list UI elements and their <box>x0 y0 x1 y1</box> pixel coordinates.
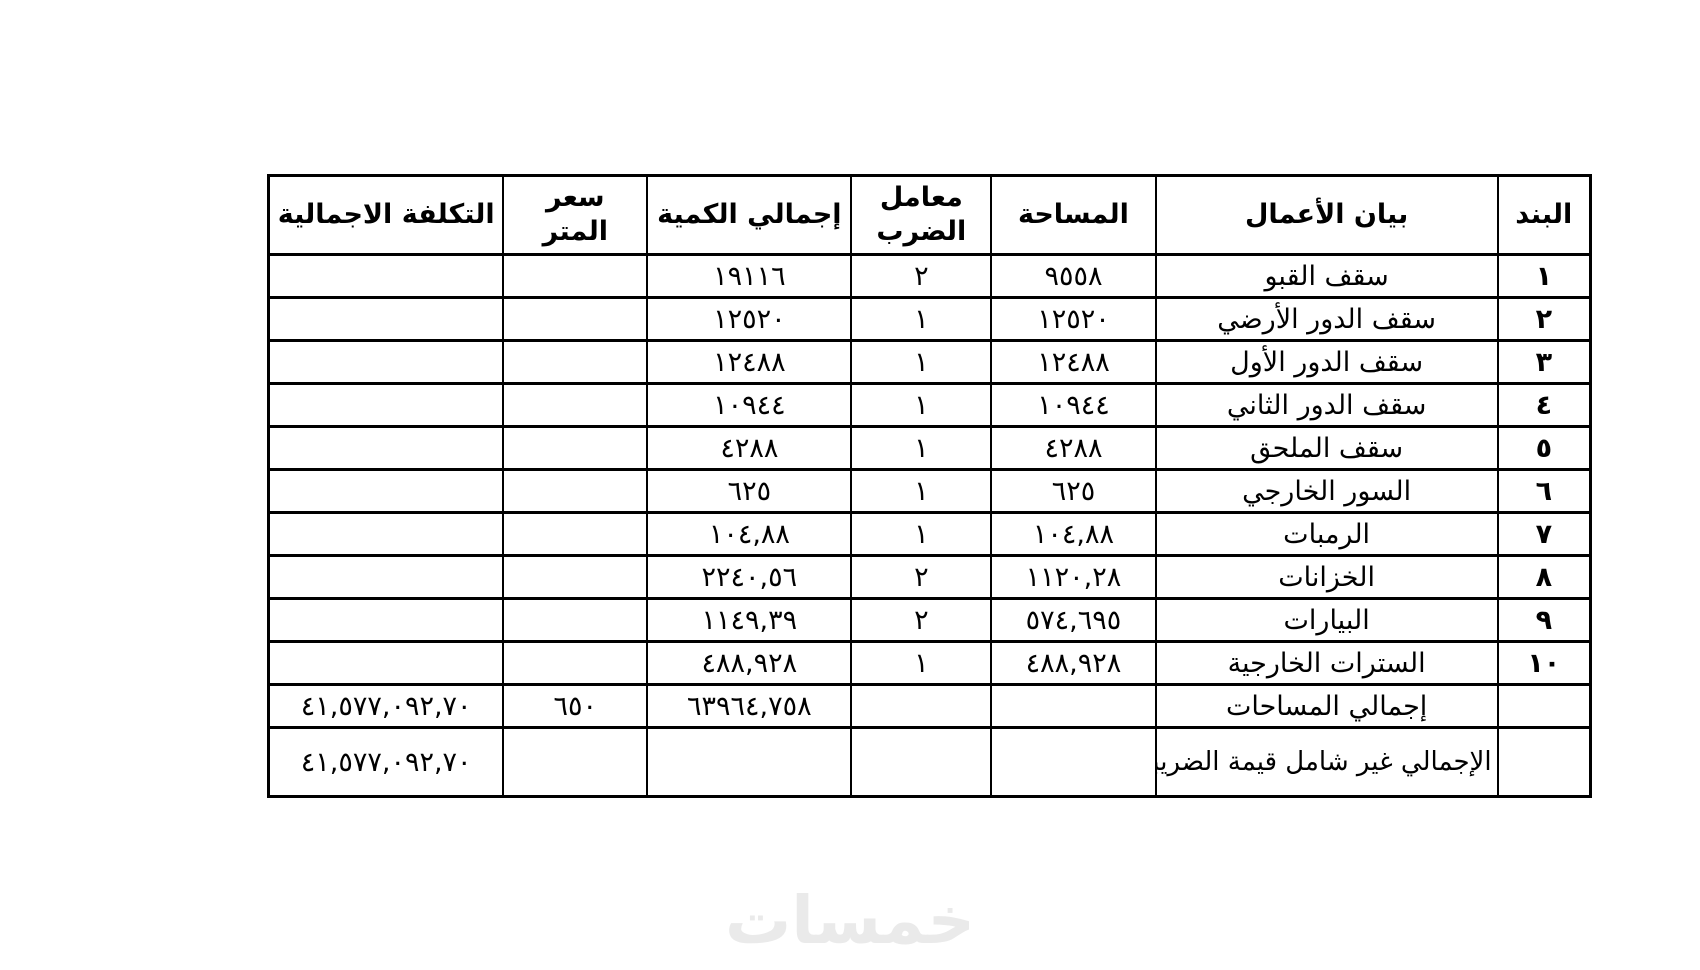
column-header-factor: معامل الضرب <box>851 176 991 255</box>
cell-total_qty: ١١٤٩,٣٩ <box>647 599 851 642</box>
cell-unit_price <box>503 427 647 470</box>
cell-item_no: ١ <box>1498 255 1591 298</box>
cell-description: سقف الدور الأرضي <box>1156 298 1498 341</box>
cell-total_qty <box>647 728 851 797</box>
cell-total_qty: ١٢٥٢٠ <box>647 298 851 341</box>
cell-area: ٥٧٤,٦٩٥ <box>991 599 1155 642</box>
cell-total_qty: ١٢٤٨٨ <box>647 341 851 384</box>
cell-area: ١١٢٠,٢٨ <box>991 556 1155 599</box>
cell-item_no <box>1498 728 1591 797</box>
cell-factor: ١ <box>851 513 991 556</box>
cell-total_qty: ١٠٤,٨٨ <box>647 513 851 556</box>
cell-total_cost <box>269 470 504 513</box>
column-header-description: بيان الأعمال <box>1156 176 1498 255</box>
cell-area <box>991 685 1155 728</box>
column-header-unit_price: سعر المتر <box>503 176 647 255</box>
cell-factor: ١ <box>851 642 991 685</box>
cell-area: ٤٨٨,٩٢٨ <box>991 642 1155 685</box>
cell-unit_price <box>503 556 647 599</box>
cell-description: السترات الخارجية <box>1156 642 1498 685</box>
table-row: ١سقف القبو٩٥٥٨٢١٩١١٦ <box>269 255 1591 298</box>
cell-item_no: ٥ <box>1498 427 1591 470</box>
table-row: ٢سقف الدور الأرضي١٢٥٢٠١١٢٥٢٠ <box>269 298 1591 341</box>
cell-description: البيارات <box>1156 599 1498 642</box>
cell-area: ٩٥٥٨ <box>991 255 1155 298</box>
cell-area <box>991 728 1155 797</box>
cell-total_qty: ٦٢٥ <box>647 470 851 513</box>
totals-row: إجمالي المساحات٦٣٩٦٤,٧٥٨٦٥٠٤١,٥٧٧,٠٩٢,٧٠ <box>269 685 1591 728</box>
cell-total_cost <box>269 599 504 642</box>
cell-description: سقف الدور الثاني <box>1156 384 1498 427</box>
table-row: ٧الرمبات١٠٤,٨٨١١٠٤,٨٨ <box>269 513 1591 556</box>
grand-total-row: الإجمالي غير شامل قيمة الضريبة٤١,٥٧٧,٠٩٢… <box>269 728 1591 797</box>
cell-description: سقف القبو <box>1156 255 1498 298</box>
cell-area: ١٠٤,٨٨ <box>991 513 1155 556</box>
cell-total_cost: ٤١,٥٧٧,٠٩٢,٧٠ <box>269 728 504 797</box>
cell-description: إجمالي المساحات <box>1156 685 1498 728</box>
cell-description: سقف الدور الأول <box>1156 341 1498 384</box>
cell-unit_price <box>503 255 647 298</box>
cell-total_cost <box>269 384 504 427</box>
cell-factor: ١ <box>851 384 991 427</box>
cell-total_cost <box>269 298 504 341</box>
cell-area: ٦٢٥ <box>991 470 1155 513</box>
cell-item_no: ٦ <box>1498 470 1591 513</box>
cell-total_qty: ٦٣٩٦٤,٧٥٨ <box>647 685 851 728</box>
cell-factor: ١ <box>851 298 991 341</box>
cell-total_qty: ١٩١١٦ <box>647 255 851 298</box>
cell-factor <box>851 728 991 797</box>
cell-factor: ١ <box>851 470 991 513</box>
cell-total_qty: ١٠٩٤٤ <box>647 384 851 427</box>
page: البندبيان الأعمالالمساحةمعامل الضربإجمال… <box>0 0 1700 970</box>
cell-total_cost <box>269 556 504 599</box>
cell-factor: ٢ <box>851 556 991 599</box>
cell-area: ١٠٩٤٤ <box>991 384 1155 427</box>
cost-table: البندبيان الأعمالالمساحةمعامل الضربإجمال… <box>267 174 1592 798</box>
cell-total_cost <box>269 341 504 384</box>
table-row: ٤سقف الدور الثاني١٠٩٤٤١١٠٩٤٤ <box>269 384 1591 427</box>
cell-item_no: ٤ <box>1498 384 1591 427</box>
cell-description: الإجمالي غير شامل قيمة الضريبة <box>1156 728 1498 797</box>
table-row: ١٠السترات الخارجية٤٨٨,٩٢٨١٤٨٨,٩٢٨ <box>269 642 1591 685</box>
cell-total_cost: ٤١,٥٧٧,٠٩٢,٧٠ <box>269 685 504 728</box>
table-row: ٥سقف الملحق٤٢٨٨١٤٢٨٨ <box>269 427 1591 470</box>
cell-factor: ٢ <box>851 255 991 298</box>
cell-area: ١٢٥٢٠ <box>991 298 1155 341</box>
cell-total_qty: ٤٨٨,٩٢٨ <box>647 642 851 685</box>
cell-item_no <box>1498 685 1591 728</box>
cell-unit_price <box>503 599 647 642</box>
header-row: البندبيان الأعمالالمساحةمعامل الضربإجمال… <box>269 176 1591 255</box>
cell-factor <box>851 685 991 728</box>
cell-description: الرمبات <box>1156 513 1498 556</box>
cell-unit_price <box>503 298 647 341</box>
cell-description: السور الخارجي <box>1156 470 1498 513</box>
table-row: ٨الخزانات١١٢٠,٢٨٢٢٢٤٠,٥٦ <box>269 556 1591 599</box>
table-row: ٩البيارات٥٧٤,٦٩٥٢١١٤٩,٣٩ <box>269 599 1591 642</box>
cell-unit_price <box>503 341 647 384</box>
cell-unit_price <box>503 642 647 685</box>
khamsat-watermark: خمسات <box>690 882 1010 959</box>
cell-factor: ١ <box>851 427 991 470</box>
cell-item_no: ١٠ <box>1498 642 1591 685</box>
cell-description: سقف الملحق <box>1156 427 1498 470</box>
cell-total_cost <box>269 255 504 298</box>
cell-factor: ١ <box>851 341 991 384</box>
cell-unit_price <box>503 513 647 556</box>
column-header-total_cost: التكلفة الاجمالية <box>269 176 504 255</box>
cell-unit_price <box>503 470 647 513</box>
column-header-item_no: البند <box>1498 176 1591 255</box>
cell-item_no: ٧ <box>1498 513 1591 556</box>
cell-item_no: ٣ <box>1498 341 1591 384</box>
cell-item_no: ٩ <box>1498 599 1591 642</box>
cell-total_cost <box>269 427 504 470</box>
cell-total_cost <box>269 513 504 556</box>
cell-area: ١٢٤٨٨ <box>991 341 1155 384</box>
cell-area: ٤٢٨٨ <box>991 427 1155 470</box>
table-row: ٦السور الخارجي٦٢٥١٦٢٥ <box>269 470 1591 513</box>
cell-total_qty: ٢٢٤٠,٥٦ <box>647 556 851 599</box>
cell-total_cost <box>269 642 504 685</box>
cell-factor: ٢ <box>851 599 991 642</box>
column-header-total_qty: إجمالي الكمية <box>647 176 851 255</box>
cell-item_no: ٨ <box>1498 556 1591 599</box>
cell-item_no: ٢ <box>1498 298 1591 341</box>
cell-unit_price <box>503 384 647 427</box>
cell-unit_price <box>503 728 647 797</box>
table-row: ٣سقف الدور الأول١٢٤٨٨١١٢٤٨٨ <box>269 341 1591 384</box>
cell-unit_price: ٦٥٠ <box>503 685 647 728</box>
column-header-area: المساحة <box>991 176 1155 255</box>
cell-total_qty: ٤٢٨٨ <box>647 427 851 470</box>
cell-description: الخزانات <box>1156 556 1498 599</box>
